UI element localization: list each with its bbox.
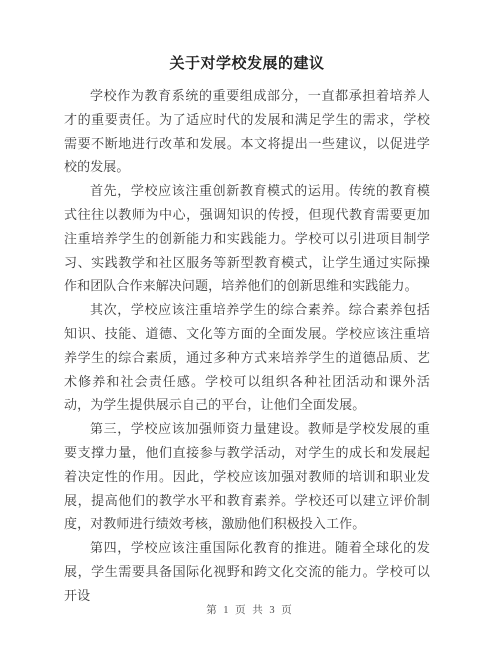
document-body: 关于对学校发展的建议 学校作为教育系统的重要组成部分，一直都承担着培养人才的重要… — [64, 51, 430, 608]
page-number-footer: 第 1 页 共 3 页 — [0, 602, 500, 617]
document-title: 关于对学校发展的建议 — [64, 51, 430, 77]
paragraph-third-suggestion: 第三，学校应该加强师资力量建设。教师是学校发展的重要支撑力量，他们直接参与教学活… — [64, 417, 430, 536]
paragraph-first-suggestion: 首先，学校应该注重创新教育模式的运用。传统的教育模式往往以教师为中心，强调知识的… — [64, 179, 430, 298]
paragraph-intro: 学校作为教育系统的重要组成部分，一直都承担着培养人才的重要责任。为了适应时代的发… — [64, 84, 430, 179]
paragraph-fourth-suggestion: 第四，学校应该注重国际化教育的推进。随着全球化的发展，学生需要具备国际化视野和跨… — [64, 536, 430, 607]
document-page: 关于对学校发展的建议 学校作为教育系统的重要组成部分，一直都承担着培养人才的重要… — [0, 0, 500, 647]
paragraph-second-suggestion: 其次，学校应该注重培养学生的综合素养。综合素养包括知识、技能、道德、文化等方面的… — [64, 298, 430, 417]
